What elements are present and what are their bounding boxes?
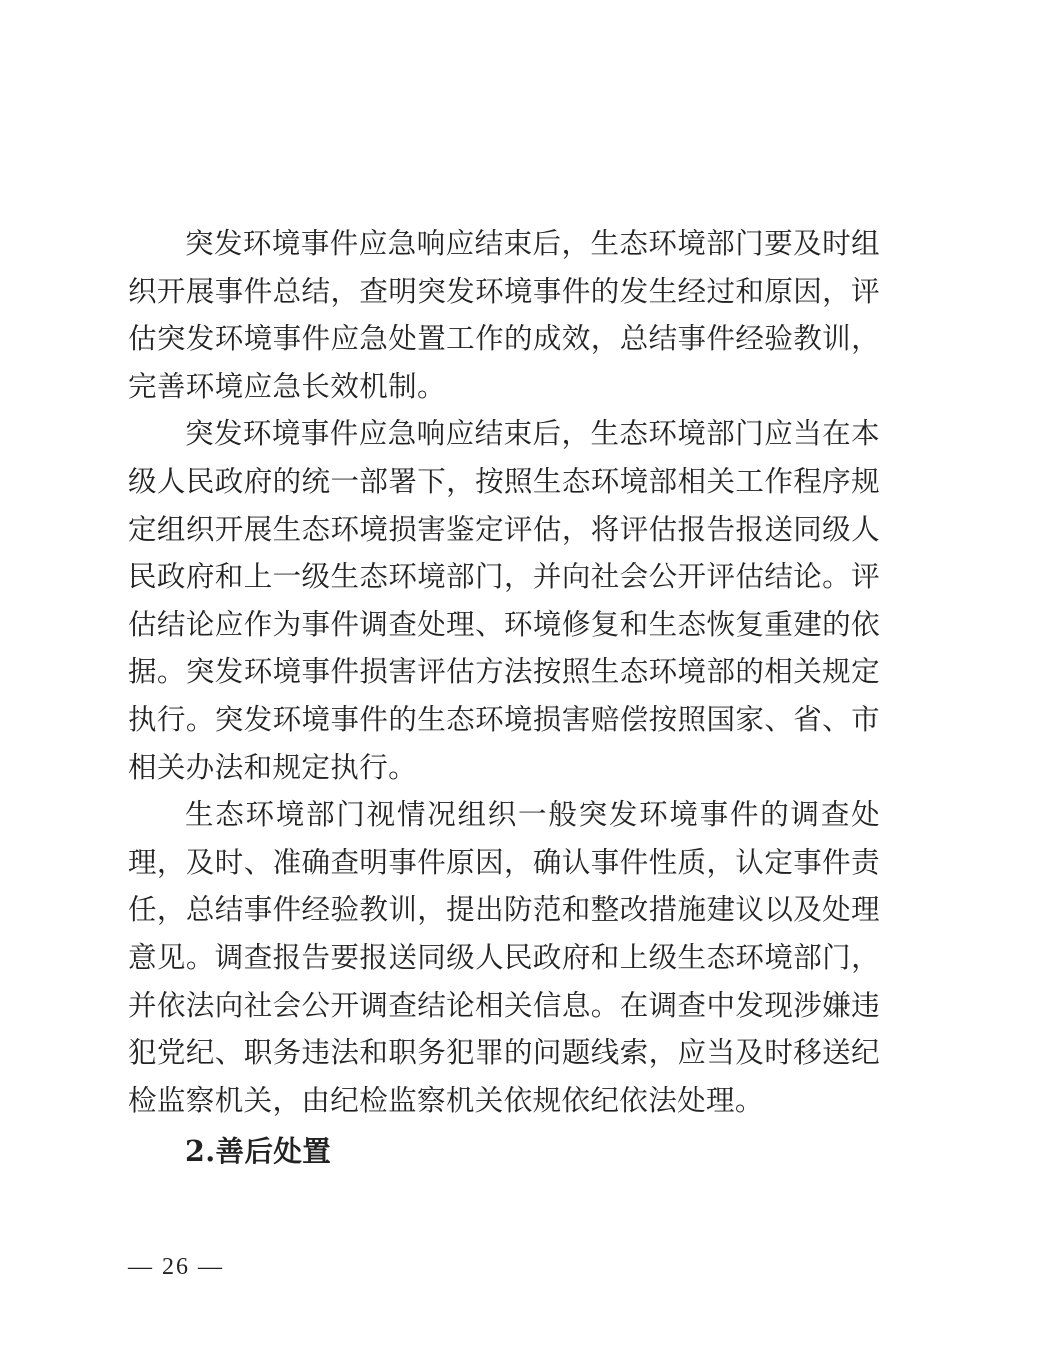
paragraph-event-summary: 突发环境事件应急响应结束后，生态环境部门要及时组织开展事件总结，查明突发环境事件… [128, 220, 880, 410]
document-body: 突发环境事件应急响应结束后，生态环境部门要及时组织开展事件总结，查明突发环境事件… [128, 220, 880, 1176]
paragraph-investigation: 生态环境部门视情况组织一般突发环境事件的调查处理，及时、准确查明事件原因，确认事… [128, 791, 880, 1124]
paragraph-damage-assessment: 突发环境事件应急响应结束后，生态环境部门应当在本级人民政府的统一部署下，按照生态… [128, 410, 880, 791]
section-heading: 2.善后处置 [128, 1128, 880, 1176]
page-number: — 26 — [128, 1254, 224, 1281]
